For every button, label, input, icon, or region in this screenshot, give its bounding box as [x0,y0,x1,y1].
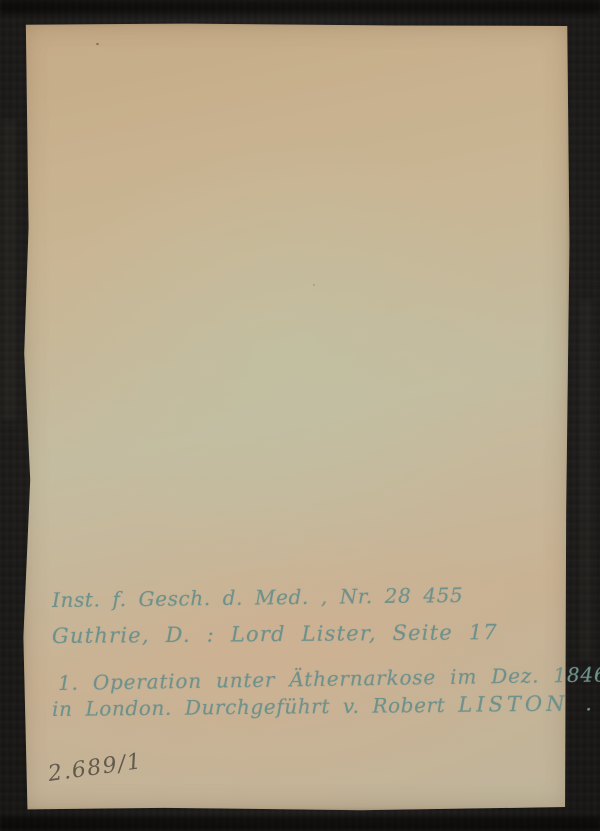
paper-speck [313,284,315,286]
handwritten-surname-liston: LISTON . [458,691,596,716]
scanned-document-view: Inst. f. Gesch. d. Med. , Nr. 28 455 Gut… [0,0,600,831]
paper-speck [96,43,99,45]
handwritten-note-line-2-text: in London. Durchgeführt v. Robert [52,693,459,721]
scan-mat-texture [580,300,592,660]
scan-mat-edge-top [0,0,600,14]
handwritten-reference-line-1: Inst. f. Gesch. d. Med. , Nr. 28 455 [52,583,464,612]
scan-mat-edge-bottom [0,817,600,831]
scan-mat-texture [2,120,16,420]
handwritten-reference-line-2: Guthrie, D. : Lord Lister, Seite 17 [52,620,498,648]
